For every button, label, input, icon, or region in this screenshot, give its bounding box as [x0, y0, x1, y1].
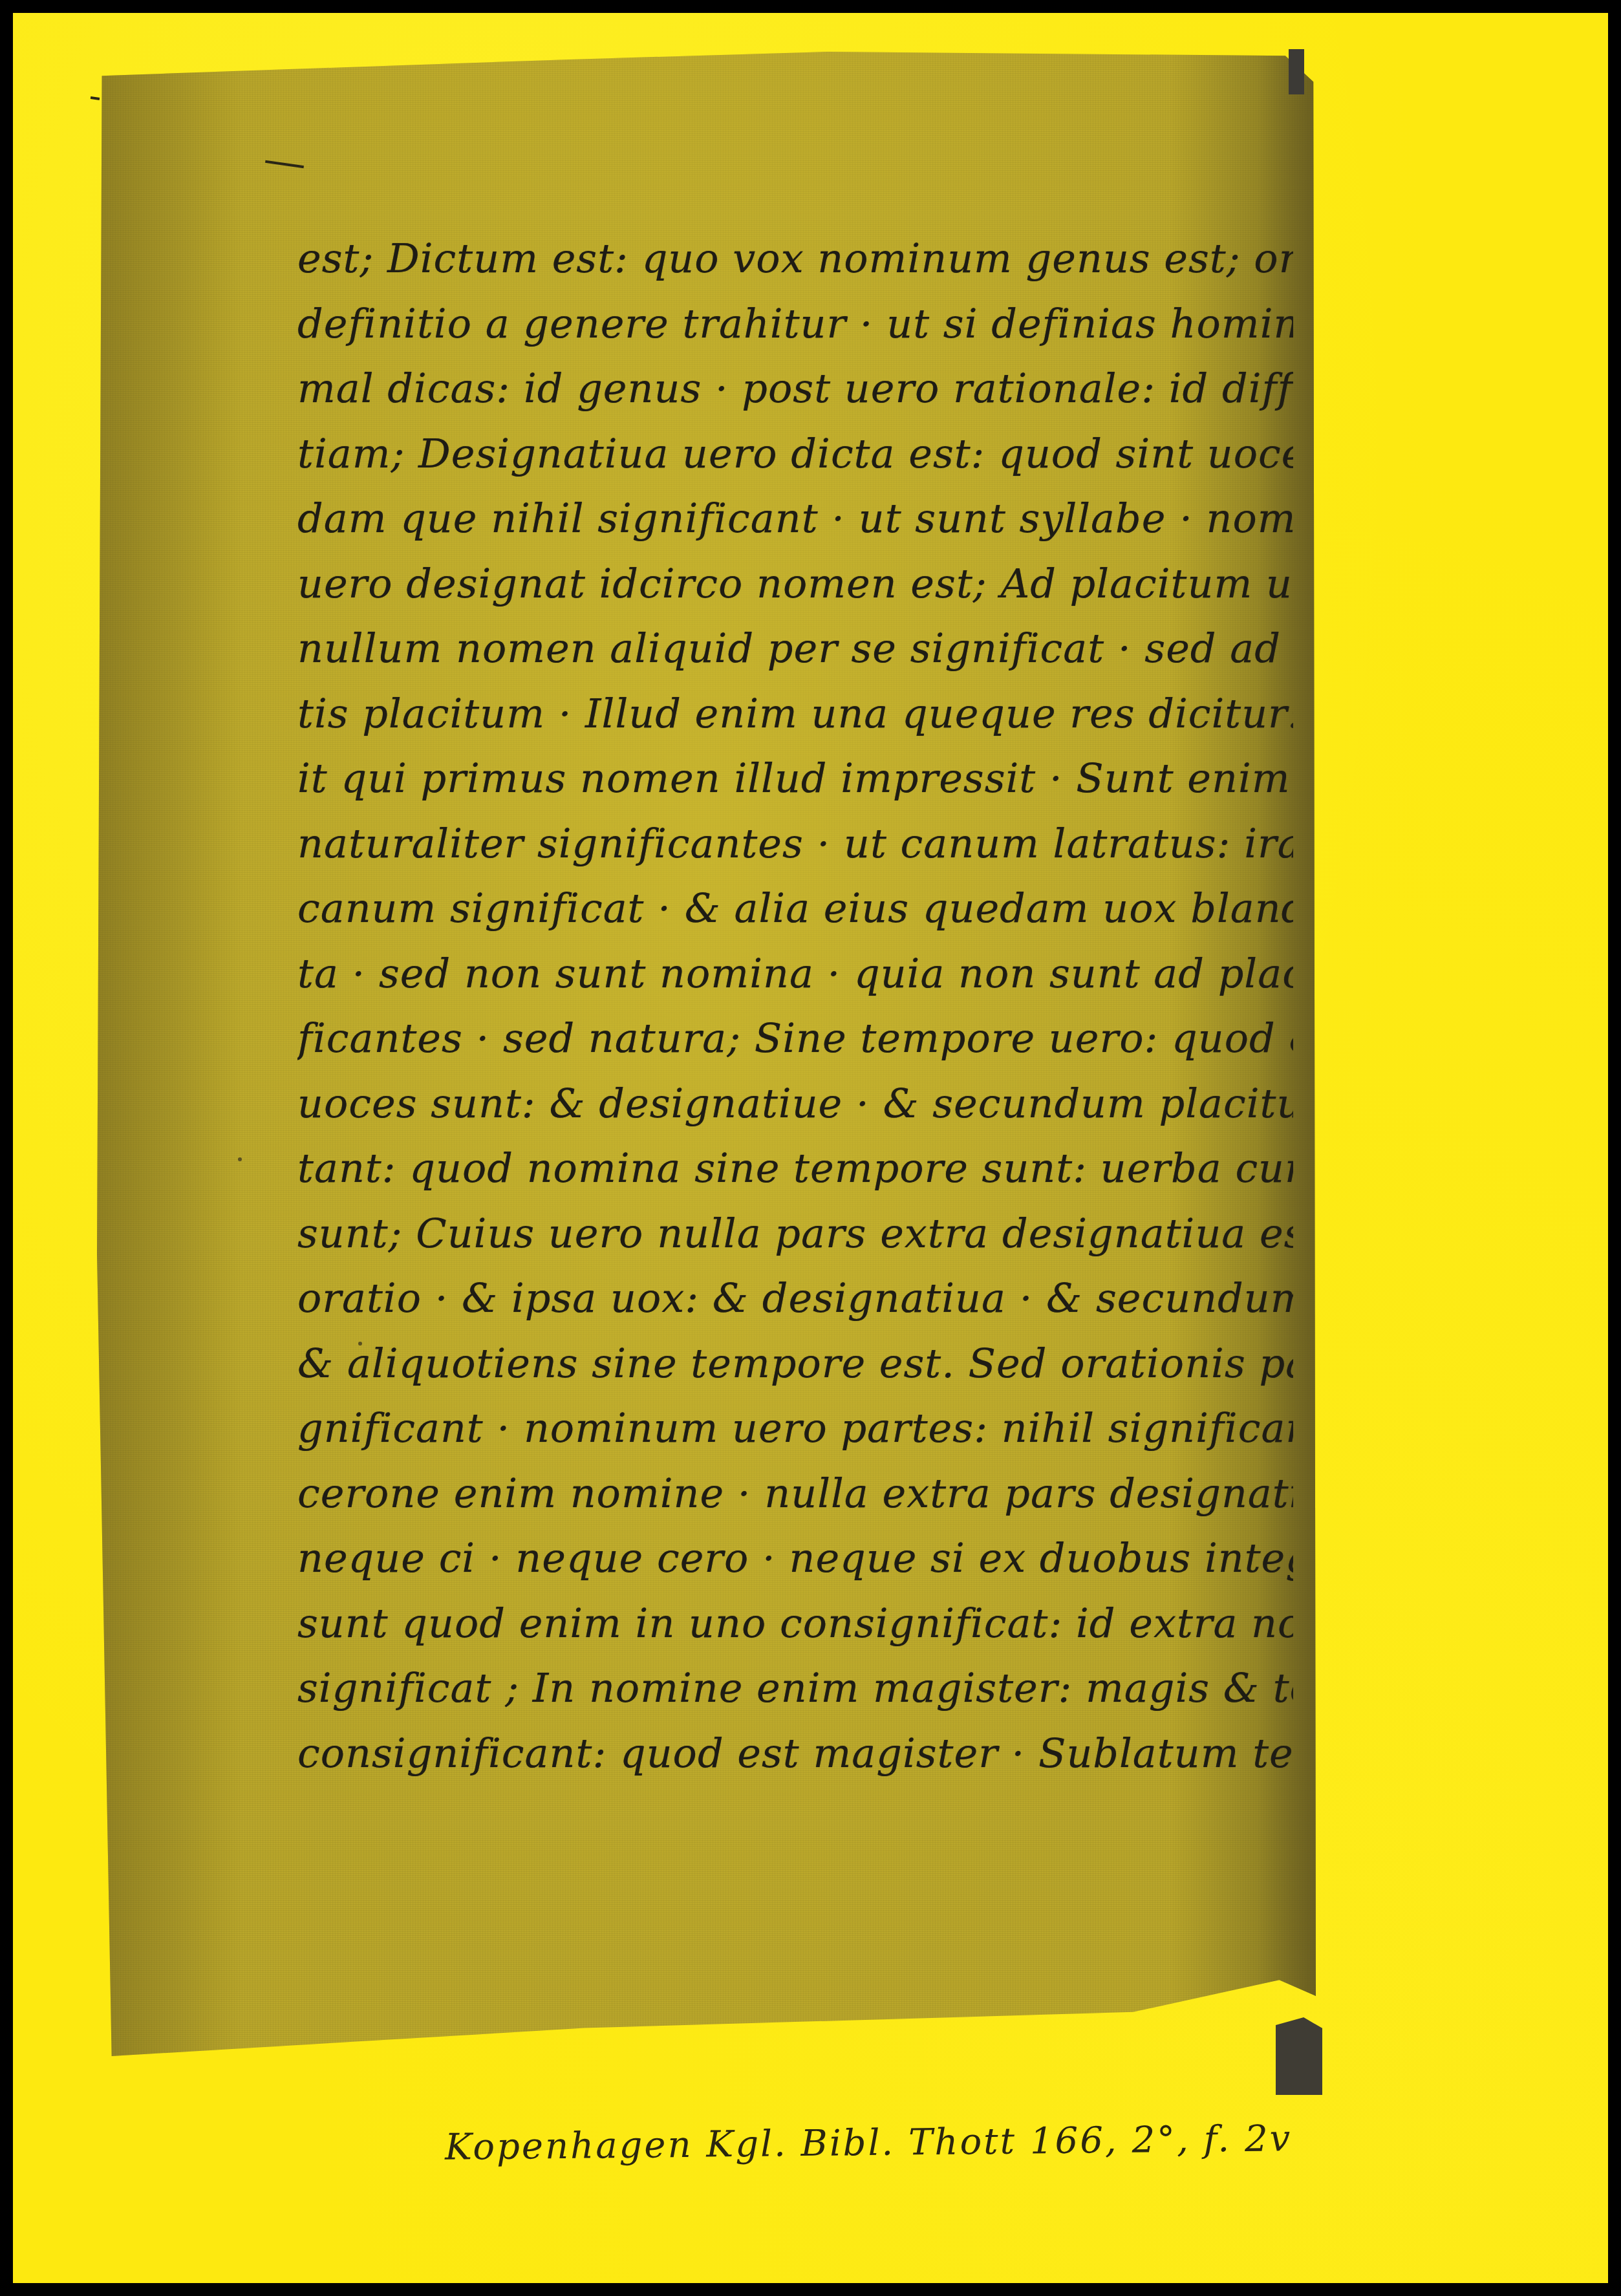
- manuscript-text: est; Dictum est: quo vox nominum genus e…: [297, 226, 1293, 1786]
- manuscript-line: ta · sed non sunt nomina · quia non sunt…: [297, 941, 1293, 1007]
- manuscript-line: canum significat · & alia eius quedam uo…: [297, 876, 1293, 941]
- manuscript-line: dam que nihil significant · ut sunt syll…: [297, 486, 1293, 552]
- manuscript-line: sunt quod enim in uno consignificat: id …: [297, 1591, 1293, 1657]
- manuscript-line: mal dicas: id genus · post uero rational…: [297, 356, 1293, 422]
- manuscript-line: tis placitum · Illud enim una queque res…: [297, 681, 1293, 747]
- manuscript-line: uoces sunt: & designatiue · & secundum p…: [297, 1071, 1293, 1137]
- manuscript-line: it qui primus nomen illud impressit · Su…: [297, 746, 1293, 811]
- manuscript-line: nullum nomen aliquid per se significat ·…: [297, 616, 1293, 681]
- manuscript-line: tant: quod nomina sine tempore sunt: uer…: [297, 1136, 1293, 1201]
- manuscript-line: est; Dictum est: quo vox nominum genus e…: [297, 226, 1293, 292]
- manuscript-line: tiam; Designatiua uero dicta est: quod s…: [297, 422, 1293, 487]
- manuscript-line: neque ci · neque cero · neque si ex duob…: [297, 1526, 1293, 1591]
- manuscript-line: significat ; In nomine enim magister: ma…: [297, 1656, 1293, 1721]
- manuscript-line: ficantes · sed natura; Sine tempore uero…: [297, 1006, 1293, 1071]
- manuscript-line: sunt; Cuius uero nulla pars extra design…: [297, 1201, 1293, 1267]
- manuscript-line: naturaliter significantes · ut canum lat…: [297, 811, 1293, 877]
- manuscript-line: consignificant: quod est magister · Subl…: [297, 1721, 1293, 1786]
- shelfmark-caption: Kopenhagen Kgl. Bibl. Thott 166, 2°, f. …: [445, 2118, 1293, 2169]
- binding-strip-bottom: [1276, 2017, 1322, 2095]
- margin-mark: [91, 96, 100, 100]
- manuscript-line: gnificant · nominum uero partes: nihil s…: [297, 1396, 1293, 1461]
- manuscript-line: definitio a genere trahitur · ut si defi…: [297, 292, 1293, 357]
- ink-speck: [238, 1157, 242, 1161]
- photocopy-sheet: est; Dictum est: quo vox nominum genus e…: [13, 13, 1608, 2283]
- binding-strip-top: [1289, 49, 1304, 94]
- manuscript-line: oratio · & ipsa uox: & designatiua · & s…: [297, 1266, 1293, 1331]
- manuscript-line: & aliquotiens sine tempore est. Sed orat…: [297, 1331, 1293, 1397]
- manuscript-line: cerone enim nomine · nulla extra pars de…: [297, 1461, 1293, 1527]
- manuscript-line: uero designat idcirco nomen est; Ad plac…: [297, 552, 1293, 617]
